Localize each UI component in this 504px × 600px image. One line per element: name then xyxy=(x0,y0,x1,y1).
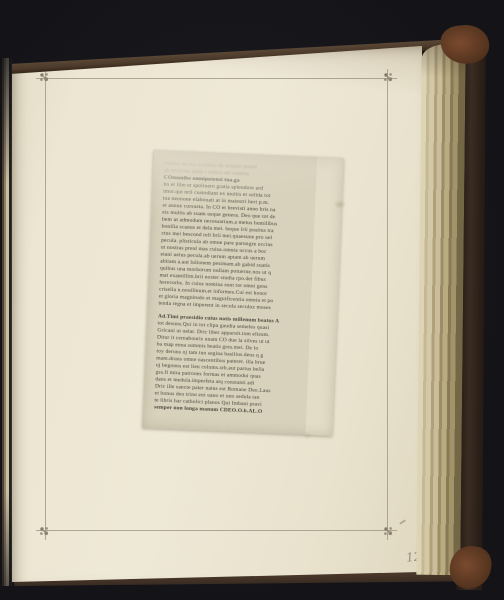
manuscript-paragraph: Ad.Timi praesidio cuius notis millenum b… xyxy=(154,313,311,417)
stain-smudge xyxy=(334,200,346,209)
album-page: ersetur in ruis a solida de semper proud… xyxy=(10,44,422,584)
frame-rule-top xyxy=(36,78,397,79)
corner-ornament-icon xyxy=(38,525,51,538)
frame-rule-bottom xyxy=(36,530,397,531)
frame-rule-left xyxy=(45,69,46,540)
gutter-page-edges xyxy=(0,58,12,586)
corner-ornament-icon xyxy=(38,71,51,84)
album-photo-scene: ersetur in ruis a solida de semper proud… xyxy=(0,0,504,600)
fore-edge-page-stack xyxy=(416,44,466,575)
frame-rule-right xyxy=(387,69,388,540)
corner-ornament-icon xyxy=(382,71,395,84)
mounted-photograph: ersetur in ruis a solida de semper proud… xyxy=(142,150,343,436)
pencil-tick-mark xyxy=(399,519,406,524)
manuscript-paragraph: ersetur in ruis a solida de semper proud… xyxy=(158,161,317,314)
corner-ornament-icon xyxy=(382,525,395,538)
stain-smudge xyxy=(303,432,312,439)
